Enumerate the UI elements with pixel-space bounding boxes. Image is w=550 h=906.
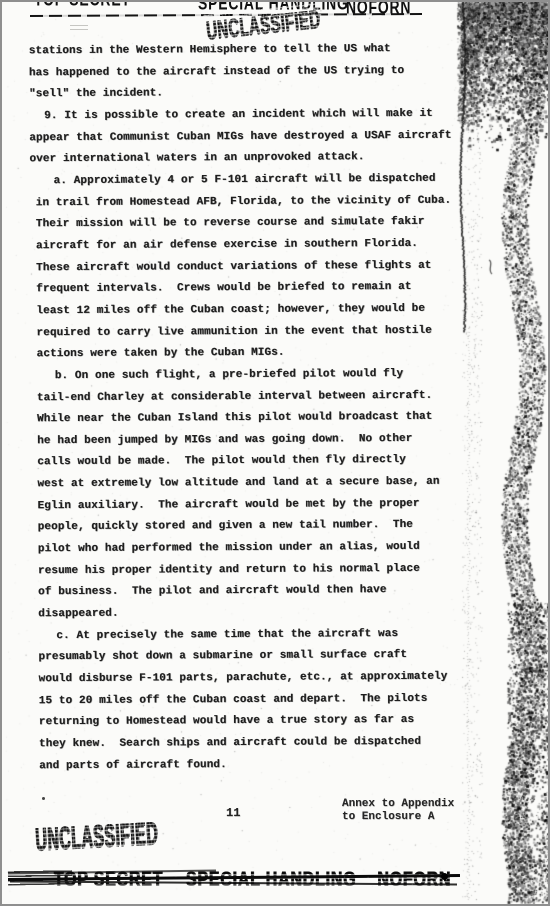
- banner-word-noforn: NOFORN: [346, 2, 411, 19]
- document-line: 15 to 20 miles off the Cuban coast and d…: [4, 688, 472, 713]
- document-line: appear that Communist Cuban MIGs have de…: [0, 125, 468, 150]
- document-line: tail-end Charley at considerable interva…: [2, 385, 470, 410]
- annex-note-line1: Annex to Appendix: [342, 798, 454, 811]
- document-line: b. On one such flight, a pre-briefed pil…: [2, 363, 470, 388]
- document-line: west at extremely low altitude and land …: [2, 472, 470, 497]
- bottom-classification-banner: TOP SECRET SPECIAL HANDLING NOFORN: [8, 865, 460, 893]
- document-line: of business. The pilot and aircraft woul…: [3, 580, 471, 605]
- document-line: calls would be made. The pilot would the…: [2, 450, 470, 475]
- document-line: in trail from Homestead AFB, Florida, to…: [1, 190, 469, 215]
- document-line: they knew. Search ships and aircraft cou…: [4, 732, 472, 757]
- document-line: pilot who had performed the mission unde…: [3, 537, 471, 562]
- annex-note-line2: to Enclosure A: [342, 811, 454, 824]
- document-line: least 12 miles off the Cuban coast; howe…: [1, 298, 469, 323]
- document-body: stations in the Western Hemisphere to te…: [0, 39, 472, 778]
- document-line: 9. It is possible to create an incident …: [0, 104, 468, 129]
- document-line: presumably shot down a submarine or smal…: [3, 645, 471, 670]
- page-number: 11: [226, 806, 240, 820]
- document-line: over international waters in an unprovok…: [0, 147, 468, 172]
- document-line: a. Approximately 4 or 5 F-101 aircraft w…: [1, 169, 469, 194]
- document-line: These aircraft would conduct variations …: [1, 255, 469, 280]
- banner-word-noforn: NOFORN: [377, 867, 451, 892]
- document-line: required to carry live ammunition in the…: [1, 320, 469, 345]
- document-line: disappeared.: [3, 602, 471, 627]
- document-line: people, quickly stored and given a new t…: [3, 515, 471, 540]
- document-line: actions were taken by the Cuban MIGs.: [2, 342, 470, 367]
- ink-dot: [441, 873, 448, 880]
- document-page: TOP SECRET SPECIAL HANDLING NOFORN UNCLA…: [0, 0, 550, 906]
- document-line: and parts of aircraft found.: [4, 753, 472, 778]
- document-line: Their mission will be to reverse course …: [1, 212, 469, 237]
- document-line: aircraft for an air defense exercise in …: [1, 233, 469, 258]
- document-line: "sell" the incident.: [0, 82, 468, 107]
- document-line: would disburse F-101 parts, parachute, e…: [4, 667, 472, 692]
- document-line: frequent intervals. Crews would be brief…: [1, 277, 469, 302]
- document-line: Eglin auxiliary. The aircraft would be m…: [3, 493, 471, 518]
- document-line: While near the Cuban Island this pilot w…: [2, 407, 470, 432]
- document-line: c. At precisely the same time that the a…: [3, 623, 471, 648]
- document-line: returning to Homestead would have a true…: [4, 710, 472, 735]
- document-line: resume his proper identity and return to…: [3, 558, 471, 583]
- unclassified-stamp-bottom: UNCLASSIFIED: [34, 814, 159, 858]
- document-line: he had been jumped by MIGs and was going…: [2, 428, 470, 453]
- ink-speck: [42, 797, 45, 800]
- banner-word-top-secret: TOP SECRET: [34, 2, 131, 11]
- document-line: has happened to the aircraft instead of …: [0, 60, 468, 85]
- annex-note: Annex to Appendix to Enclosure A: [342, 798, 454, 823]
